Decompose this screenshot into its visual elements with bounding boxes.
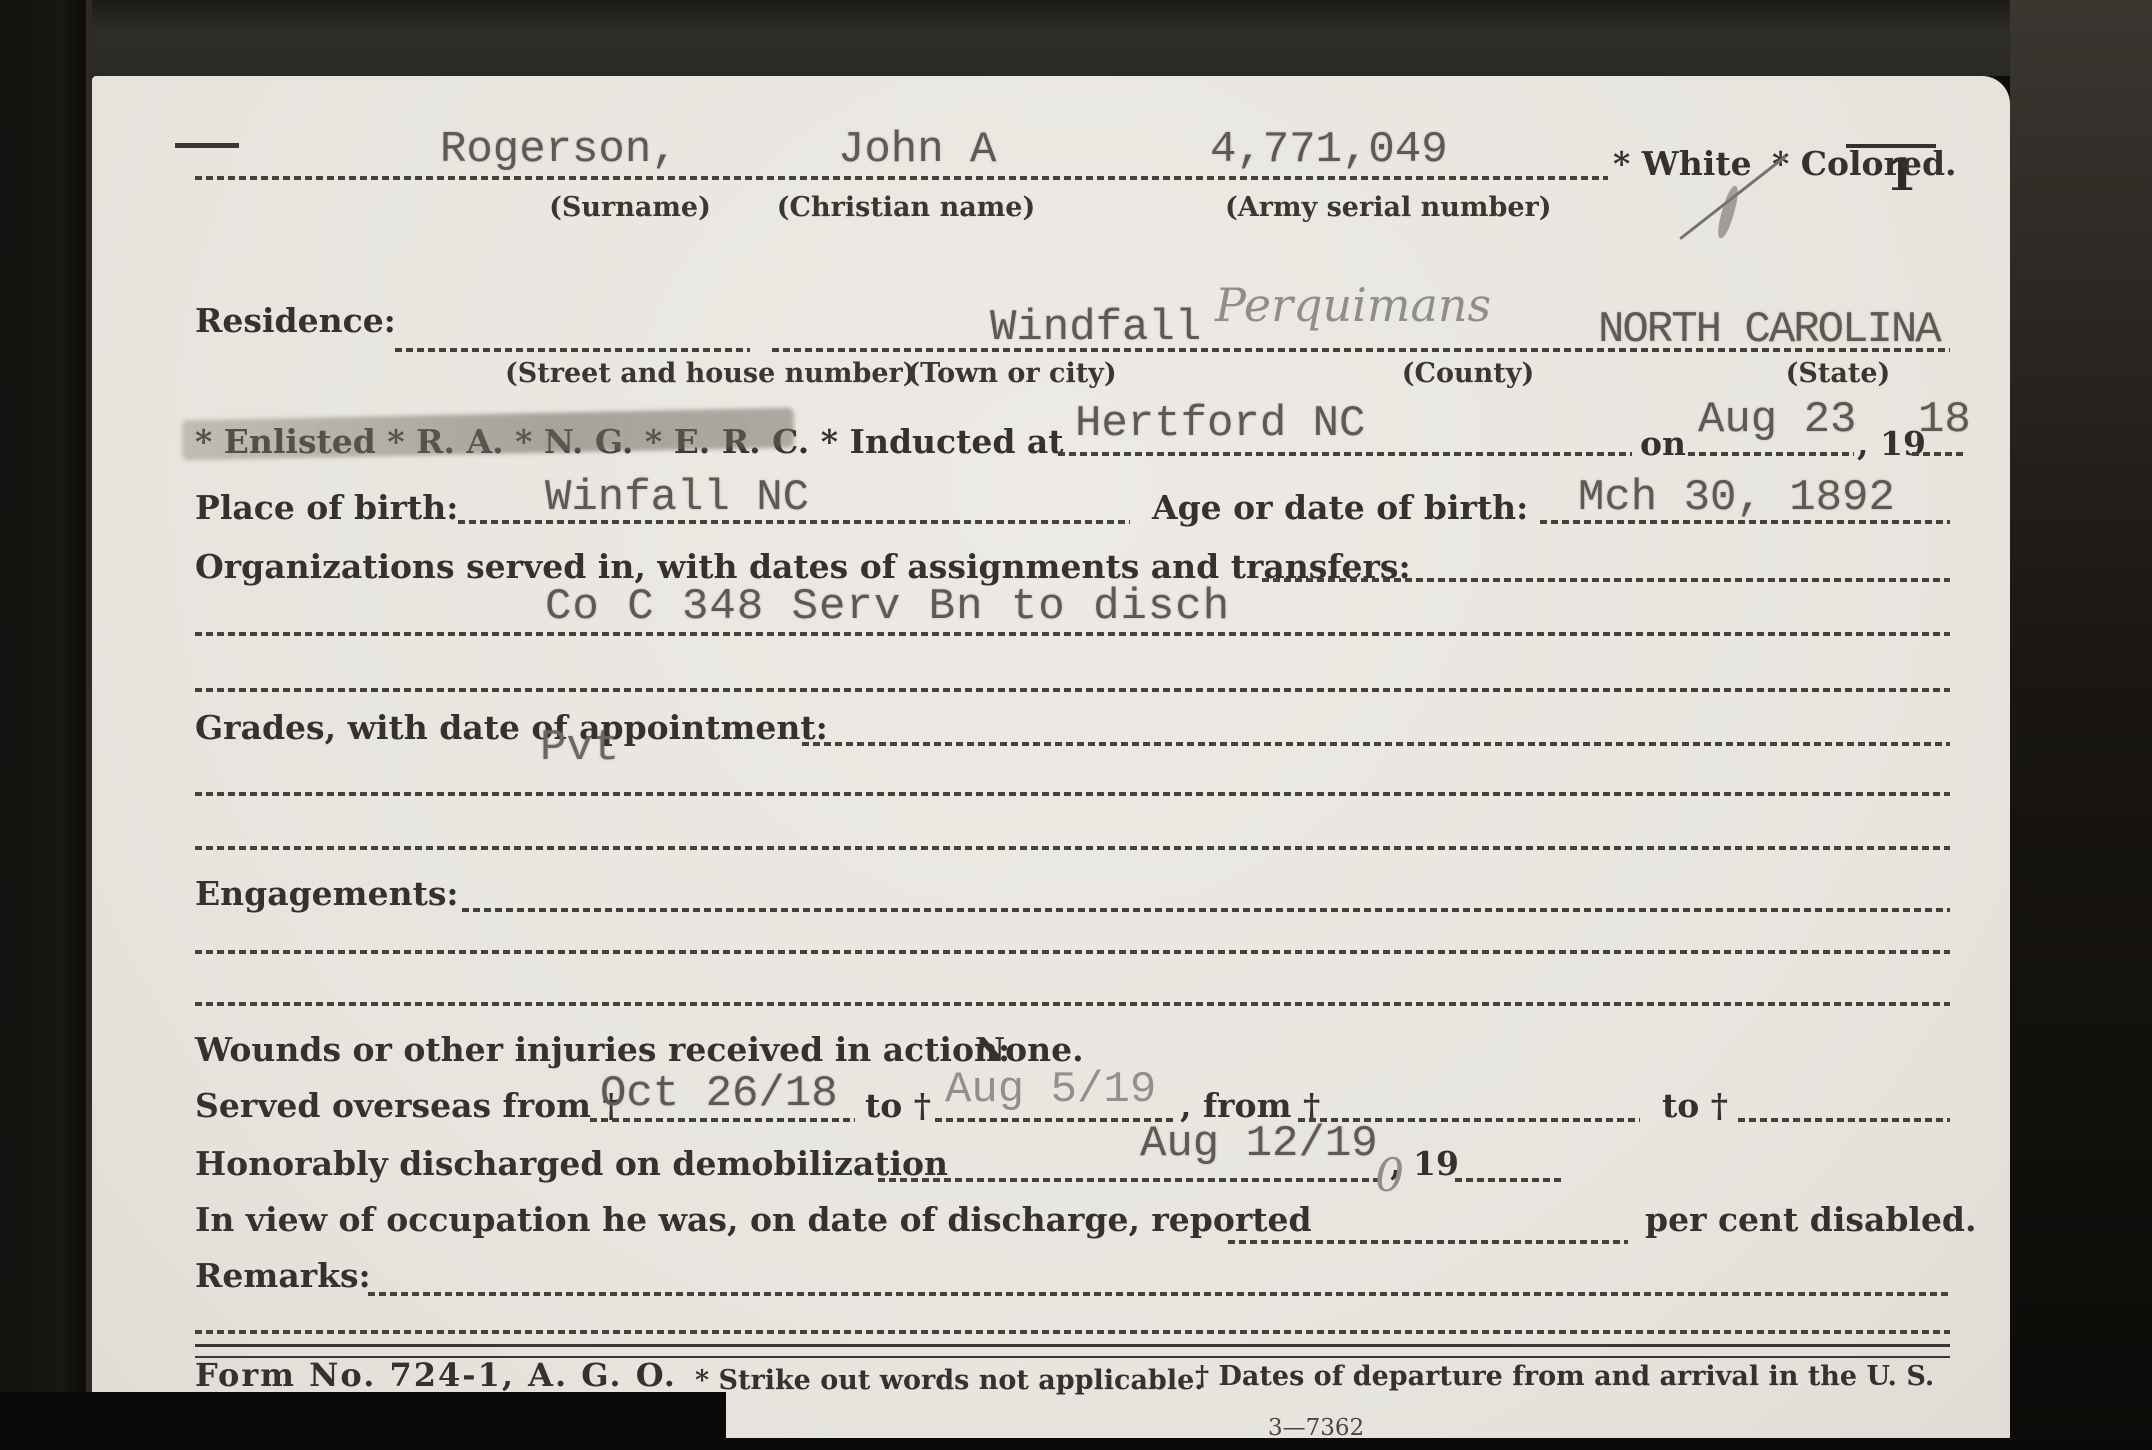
white-option-label: * White — [1613, 146, 1752, 182]
state-label: (State) — [1738, 358, 1938, 389]
inducted-place-value: Hertford NC — [1075, 402, 1365, 446]
disability-rule — [1228, 1240, 1628, 1244]
colored-option-label: * Colored. — [1772, 146, 1957, 182]
discharge-rule-a — [878, 1178, 1380, 1182]
overseas-to2-label: to † — [1662, 1088, 1728, 1124]
residence-town-value: Windfall — [990, 306, 1201, 350]
discharge-label: Honorably discharged on demobilization — [195, 1146, 948, 1182]
footer-dashed-rule — [195, 1330, 1950, 1334]
remarks-rule — [368, 1292, 1950, 1296]
christian-name-label: (Christian name) — [775, 192, 1037, 223]
residence-label: Residence: — [195, 303, 396, 339]
inducted-place-rule — [1058, 452, 1632, 456]
date-of-birth-rule — [1540, 520, 1950, 524]
serial-number-value: 4,771,049 — [1210, 128, 1448, 172]
disability-value: 0 — [1375, 1152, 1404, 1198]
grades-value: Pvt — [540, 726, 619, 770]
strike-out-note: * Strike out words not applicable. — [695, 1366, 1204, 1396]
grades-rule-a — [802, 742, 1950, 746]
overseas-rule-a — [590, 1118, 855, 1122]
scanned-service-card-page: 1 Rogerson, John A 4,771,049 * White * C… — [0, 0, 2152, 1450]
pencil-dash-mark — [175, 143, 239, 148]
surname-value: Rogerson, — [440, 128, 678, 172]
grades-rule-c — [195, 846, 1950, 850]
induction-date-rule — [1688, 452, 1854, 456]
remarks-label: Remarks: — [195, 1258, 371, 1294]
engagements-rule-c — [195, 1002, 1950, 1006]
place-of-birth-rule — [458, 520, 1130, 524]
wounds-label: Wounds or other injuries received in act… — [195, 1032, 1010, 1068]
organizations-rule-b — [195, 632, 1950, 636]
county-label: (County) — [1368, 358, 1568, 389]
dagger-note: † Dates of departure from and arrival in… — [1195, 1362, 1934, 1392]
age-of-birth-label: Age or date of birth: — [1152, 490, 1528, 526]
scan-right-border — [2010, 0, 2152, 1450]
surname-label: (Surname) — [520, 192, 740, 223]
town-label: (Town or city) — [880, 358, 1144, 389]
organizations-rule-a — [1262, 578, 1950, 582]
organizations-value: Co C 348 Serv Bn to disch — [545, 585, 1230, 629]
disability-suffix-label: per cent disabled. — [1645, 1202, 1977, 1238]
form-number: Form No. 724-1, A. G. O. — [195, 1358, 677, 1393]
induction-date-value: Aug 23 — [1698, 398, 1856, 442]
discharge-rule-b — [1455, 1178, 1565, 1182]
christian-name-value: John A — [838, 128, 996, 172]
place-of-birth-value: Winfall NC — [545, 476, 809, 520]
year-prefix-label: , 19 — [1857, 426, 1926, 462]
overseas-rule-b — [935, 1118, 1175, 1122]
discharge-date-value: Aug 12/19 — [1140, 1122, 1378, 1166]
grades-label: Grades, with date of appointment: — [195, 710, 828, 746]
organizations-label: Organizations served in, with dates of a… — [195, 549, 1411, 585]
overseas-rule-d — [1738, 1118, 1950, 1122]
organizations-rule-c — [195, 688, 1950, 692]
disability-label: In view of occupation he was, on date of… — [195, 1202, 1312, 1238]
scan-left-border — [0, 0, 86, 1450]
engagements-rule-a — [462, 908, 1950, 912]
residence-state-value: NORTH CAROLINA — [1598, 308, 1940, 352]
overseas-to-label: to † — [865, 1088, 931, 1124]
induction-year-value: 18 — [1918, 398, 1971, 442]
scan-bottom-left-border — [0, 1392, 726, 1450]
overseas-from-date: Oct 26/18 — [600, 1072, 838, 1116]
scan-top-border — [0, 0, 2152, 76]
name-row-rule — [195, 176, 1608, 180]
place-of-birth-label: Place of birth: — [195, 490, 458, 526]
scan-bottom-border — [726, 1438, 2152, 1450]
engagements-label: Engagements: — [195, 876, 459, 912]
on-label: on — [1640, 426, 1686, 462]
grades-rule-b — [195, 792, 1950, 796]
overseas-label: Served overseas from † — [195, 1088, 620, 1124]
date-of-birth-value: Mch 30, 1892 — [1578, 476, 1895, 520]
induction-year-rule — [1912, 452, 1964, 456]
street-label: (Street and house number) — [505, 358, 875, 389]
wounds-value: None. — [975, 1032, 1084, 1068]
engagements-rule-b — [195, 950, 1950, 954]
serial-number-label: (Army serial number) — [1225, 192, 1545, 223]
overseas-to-date: Aug 5/19 — [945, 1068, 1156, 1112]
residence-county-value: Perquimans — [1215, 282, 1491, 328]
residence-rule-a — [395, 348, 750, 352]
